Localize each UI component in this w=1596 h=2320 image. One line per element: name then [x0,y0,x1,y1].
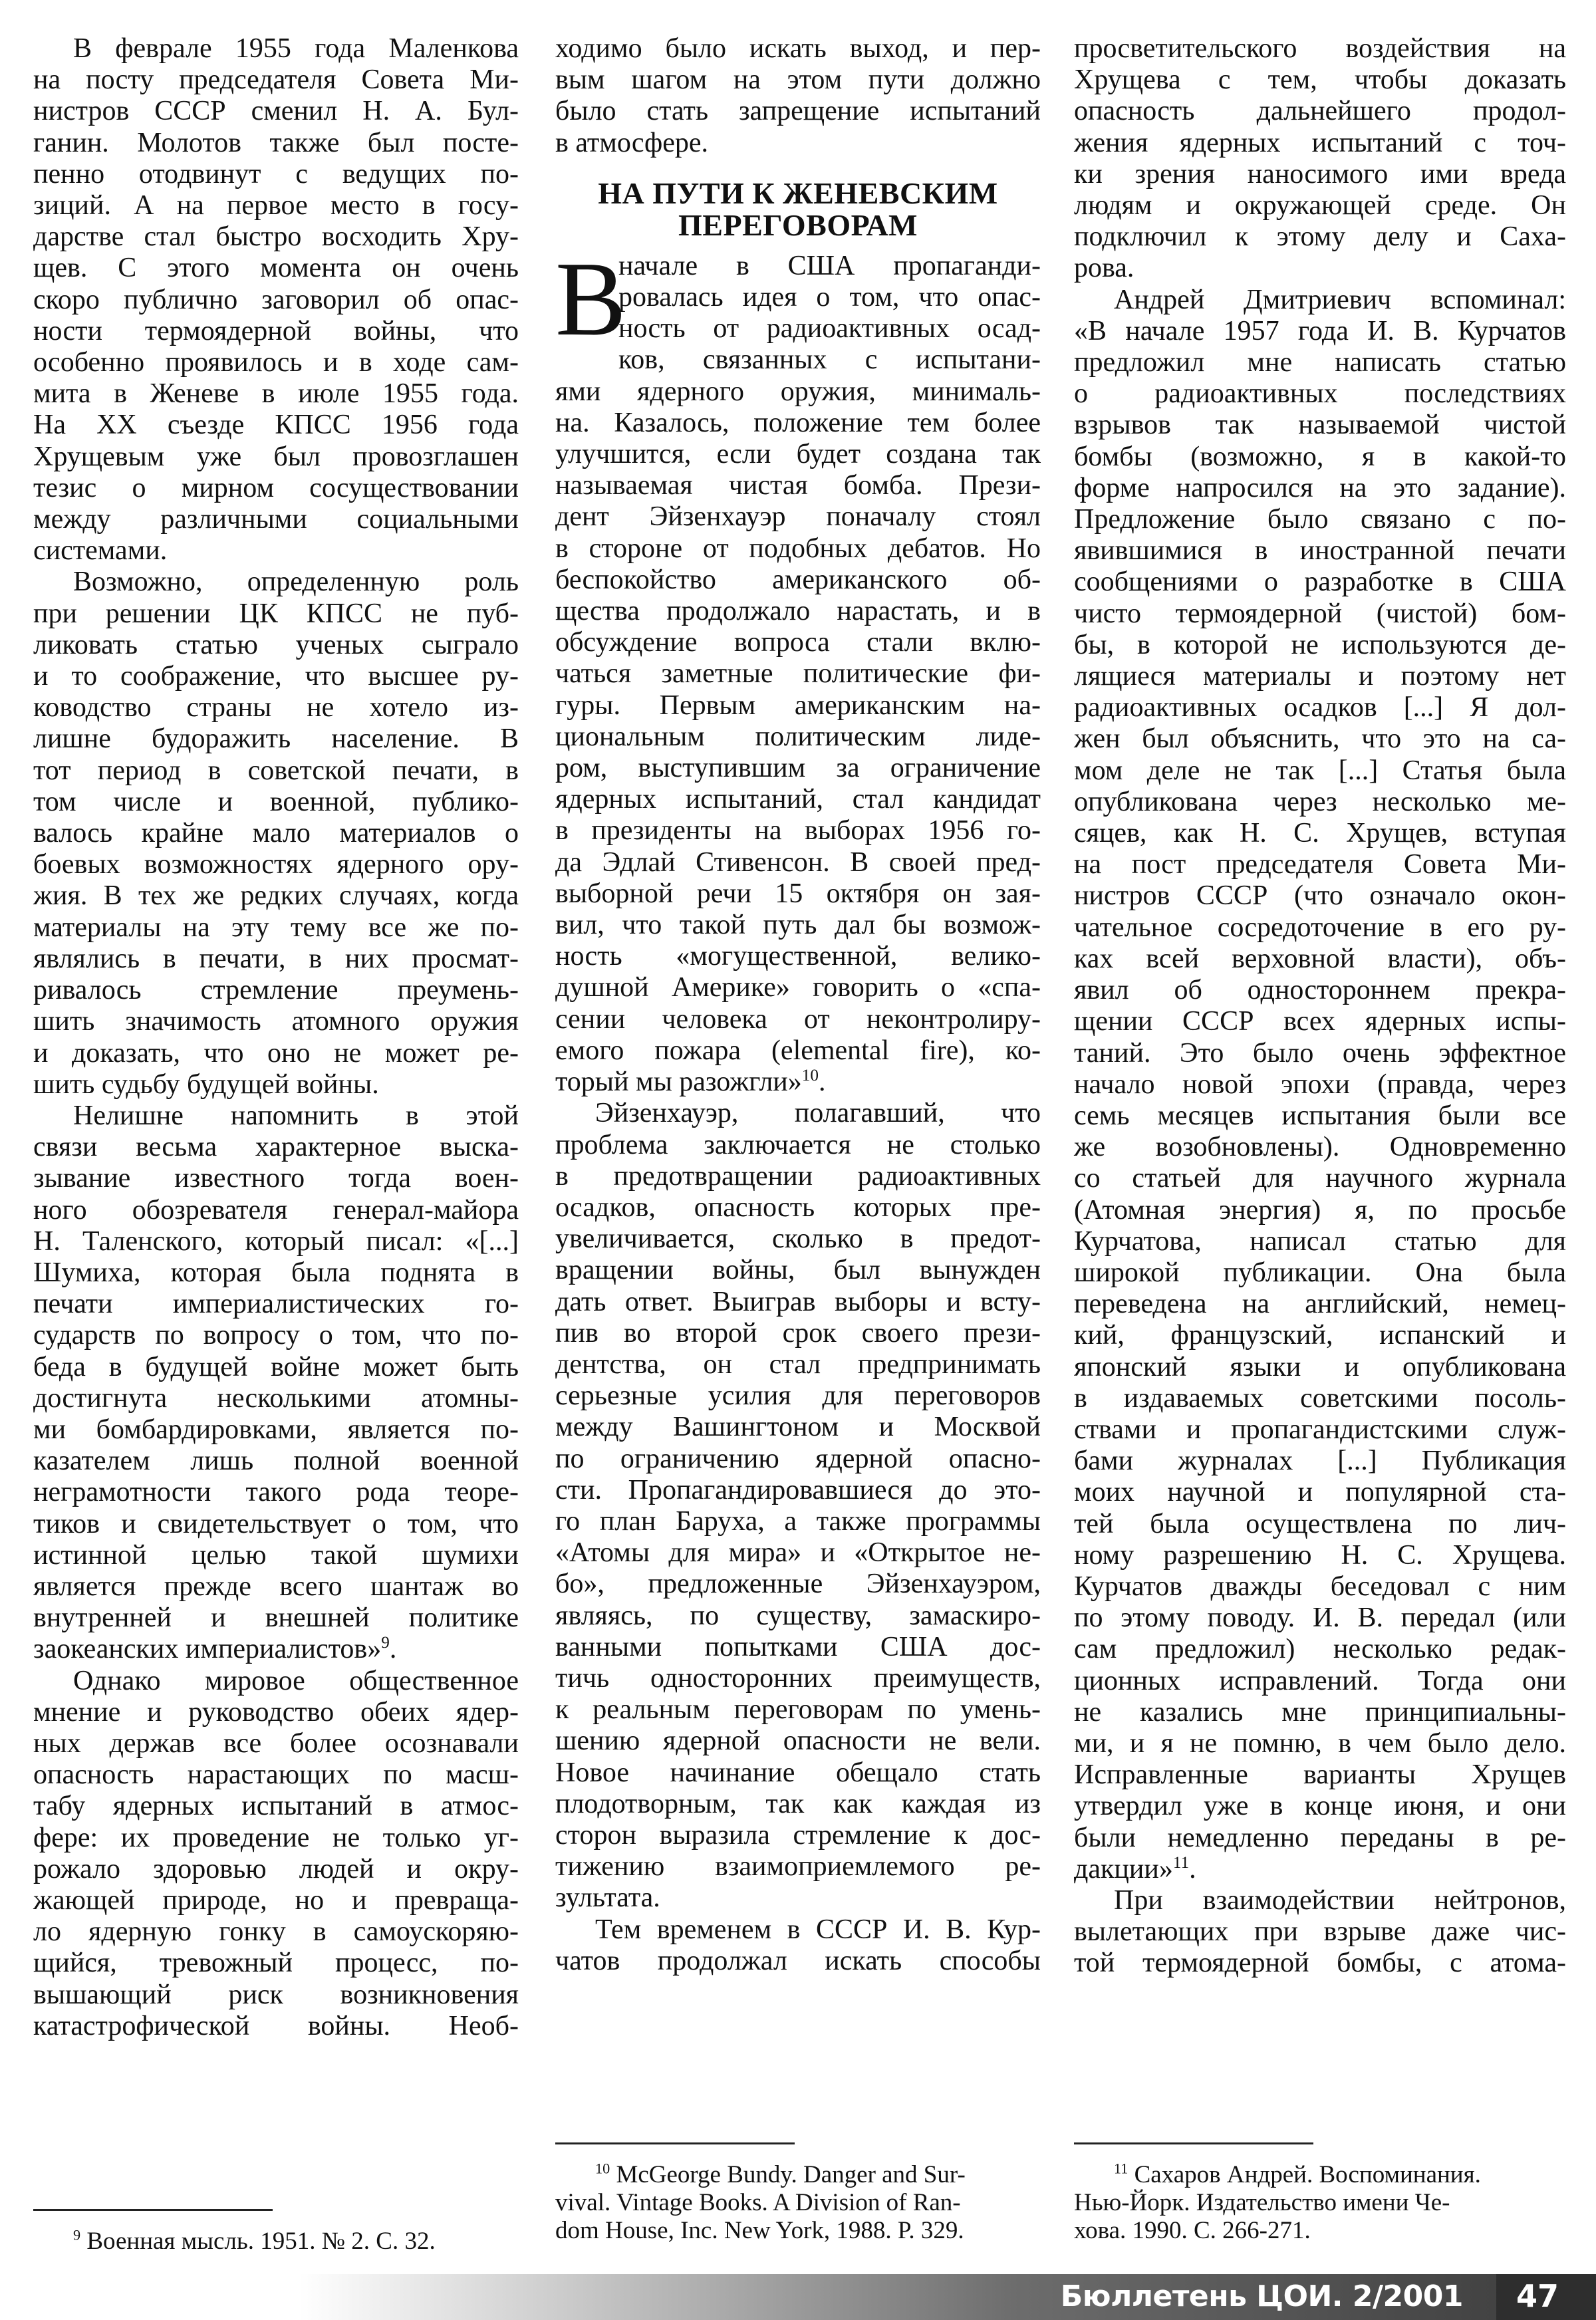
text-line: да Эдлай Стивенсон. В своей пред- [555,847,1041,878]
footnote-text: Нью-Йорк. Издательство имени Че- [1074,2189,1450,2216]
text-line-content: ствами и пропагандистскими служ- [1074,1414,1566,1445]
text-line-content: сяцев, как Н. С. Хрущев, вступая [1074,818,1566,848]
text-line-content: же возобновлены). Одновременно [1074,1132,1566,1162]
text-line: сяцев, как Н. С. Хрущев, вступая [1074,818,1566,849]
text-line: валось крайне мало материалов о [33,818,519,849]
text-line: тей была осуществлена по лич- [1074,1509,1566,1540]
footnote-reference: 11 [1173,1854,1189,1872]
text-line: ром, выступившим за ограничение [555,753,1041,784]
text-line: было стать запрещение испытаний [555,96,1041,127]
text-line-content: зывание известного тогда воен- [33,1163,519,1194]
text-line-content: широкой публикации. Она была [1074,1257,1566,1288]
footnote-line: 10 McGeorge Bundy. Danger and Sur- [555,2161,1041,2189]
text-line: ность «могущественной, велико- [555,941,1041,972]
text-line-content: являлись в печати, в них просмат- [33,944,519,974]
text-line: Тем временем в СССР И. В. Кур- [555,1914,1041,1946]
text-line: опасность нарастающих по масш- [33,1759,519,1791]
text-line-content: сти. Пропагандировавшиеся до это- [555,1475,1041,1505]
text-line: щества продолжало нарастать, и в [555,596,1041,627]
text-line-content: и то соображение, что высшее ру- [33,661,519,692]
footnote-number: 10 [595,2160,610,2177]
text-line: чаться заметные политические фи- [555,658,1041,690]
footnote-text: Сахаров Андрей. Воспоминания. [1134,2161,1481,2188]
text-line: ми бомбардировками, является по- [33,1414,519,1446]
text-line-content: бо», предложенные Эйзенхауэром, [555,1569,1041,1599]
text-line-content: материалы на эту тему все же по- [33,912,519,943]
text-line: просветительского воздействия на [1074,33,1566,64]
text-line-content: неграмотности такого рода теоре- [33,1477,519,1507]
text-line: к реальным переговорам по умень- [555,1694,1041,1726]
text-line: нистров СССР (что означало окон- [1074,880,1566,912]
text-line: японский языки и опубликована [1074,1352,1566,1383]
text-line: в стороне от подобных дебатов. Но [555,533,1041,565]
text-line: бами журналах [...] Публикация [1074,1446,1566,1477]
text-line: явил об одностороннем прекра- [1074,975,1566,1006]
text-line: тот период в советской печати, в [33,755,519,787]
text-line: по этому поводу. И. В. передал (или [1074,1603,1566,1634]
text-line: дентства, он стал предпринимать [555,1349,1041,1380]
text-line-content: тей была осуществлена по лич- [1074,1509,1566,1539]
text-line: щев. С этого момента он очень [33,253,519,284]
text-line-content: дарстве стал быстро восходить Хру- [33,221,519,252]
text-line: лишне будоражить население. В [33,723,519,755]
text-line-content: серьезные усилия для переговоров [555,1380,1041,1411]
text-line-content: На XX съезде КПСС 1956 года [33,410,519,440]
text-line-content: связи весьма характерное выска- [33,1132,519,1162]
text-line-content: подключил к этому делу и Саха- [1074,221,1566,252]
text-line-content: опасность дальнейшего продол- [1074,96,1566,126]
text-column-3: просветительского воздействия наХрущева … [1074,33,1566,1980]
text-line-content: катастрофической войны. Необ- [33,2011,519,2041]
text-line-content: при решении ЦК КПСС не пуб- [33,598,519,629]
text-line: жен был объяснить, что это на са- [1074,723,1566,755]
text-line-content: вращении войны, был вынужден [555,1255,1041,1285]
text-line-content: той термоядерной бомбы, с атома- [1074,1948,1566,1978]
text-line: мнение и руководство обеих ядер- [33,1697,519,1728]
text-line-content: мита в Женеве в июле 1955 года. [33,378,519,409]
footnote-line: vival. Vintage Books. A Division of Ran- [555,2189,1041,2217]
text-line-content: заокеанских империалистов» [33,1634,381,1664]
text-line-content: проблема заключается не столько [555,1130,1041,1160]
text-line-content: и доказать, что оно не может ре- [33,1038,519,1069]
text-line-content: мом деле не так [...] Статья была [1074,755,1566,786]
text-line: При взаимодействии нейтронов, [1074,1885,1566,1916]
text-line-content: скоро публично заговорил об опас- [33,285,519,315]
text-line: достигнута несколькими атомны- [33,1383,519,1414]
section-heading-line-1: НА ПУТИ К ЖЕНЕВСКИМ [555,178,1041,209]
text-line-content: торый мы разожгли» [555,1067,802,1097]
text-line-content: ядерных испытаний, стал кандидат [555,784,1041,815]
text-line: ки зрения наносимого ими вреда [1074,159,1566,190]
text-line-content: достигнута несколькими атомны- [33,1383,519,1414]
text-line-content: вылетающих при взрыве даже чис- [1074,1916,1566,1947]
text-line: моих научной и популярной ста- [1074,1477,1566,1508]
text-line: при решении ЦК КПСС не пуб- [33,598,519,630]
text-line: кий, французский, испанский и [1074,1320,1566,1351]
text-line: торый мы разожгли»10. [555,1067,1041,1098]
text-line-content: людям и окружающей среде. Он [1074,190,1566,221]
text-line: на. Казалось, положение тем более [555,408,1041,439]
footnote-divider-1 [33,2209,273,2211]
text-line: лящиеся материалы и поэтому нет [1074,661,1566,692]
text-line-content: В феврале 1955 года Маленкова [73,33,519,64]
footnote-line: Нью-Йорк. Издательство имени Че- [1074,2189,1559,2217]
text-line: жия. В тех же редких случаях, когда [33,880,519,912]
text-line: связи весьма характерное выска- [33,1132,519,1163]
text-line-content: вил, что такой путь дал бы возмож- [555,910,1041,940]
text-line-content: рожало здоровью людей и окру- [33,1854,519,1884]
text-line-content: предложил мне написать статью [1074,347,1566,378]
text-line: ных держав все более осознавали [33,1728,519,1759]
text-line: шить значимость атомного оружия [33,1006,519,1037]
footnote-11: 11 Сахаров Андрей. Воспоминания.Нью-Йорк… [1074,2161,1559,2245]
text-line-content: форме напросился на это задание). [1074,473,1566,503]
footnote-text: Военная мысль. 1951. № 2. С. 32. [86,2228,435,2255]
text-line-content: японский языки и опубликована [1074,1352,1566,1382]
text-line-content: «В начале 1957 года И. В. Курчатов [1074,316,1566,346]
text-line: в президенты на выборах 1956 го- [555,815,1041,846]
text-line-content: Предложение было связано с по- [1074,504,1566,535]
text-line-tail: . [819,1067,826,1097]
text-line: плодотворным, так как каждая из [555,1789,1041,1820]
text-line-content: Шумиха, которая была поднята в [33,1257,519,1288]
text-line: дент Эйзенхауэр поначалу стоял [555,501,1041,533]
text-line: форме напросился на это задание). [1074,473,1566,504]
text-line: Возможно, определенную роль [33,567,519,598]
text-line: пив во второй срок своего прези- [555,1318,1041,1349]
text-line-content: пенно отодвинут с ведущих по- [33,159,519,190]
text-line-content: начале в США пропаганди- [618,251,1041,281]
text-line: ках всей верховной власти), объ- [1074,944,1566,975]
text-line-content: Исправленные варианты Хрущев [1074,1759,1566,1790]
text-line: истинной целью такой шумихи [33,1540,519,1571]
text-line: начало новой эпохи (правда, через [1074,1069,1566,1100]
text-line: ность от радиоактивных осад- [555,313,1041,344]
text-line-content: являясь, по существу, замаскиро- [555,1601,1041,1631]
text-line-content: сообщениями о разработке в США [1074,567,1566,597]
text-line: же возобновлены). Одновременно [1074,1132,1566,1163]
text-line-content: дент Эйзенхауэр поначалу стоял [555,501,1041,532]
text-line-content: да Эдлай Стивенсон. В своей пред- [555,847,1041,878]
text-line-content: ному разрешению Н. С. Хрущева. [1074,1540,1566,1571]
text-line-content: по ограничению ядерной опасно- [555,1444,1041,1474]
footnote-line: 11 Сахаров Андрей. Воспоминания. [1074,2161,1559,2189]
text-line: и доказать, что оно не может ре- [33,1038,519,1069]
text-line: той термоядерной бомбы, с атома- [1074,1948,1566,1979]
text-line-content: называемая чистая бомба. Прези- [555,470,1041,501]
text-line-content: емого пожара (elemental fire), ко- [555,1035,1041,1066]
text-line: боевых возможностях ядерного ору- [33,849,519,880]
text-line-content: ганин. Молотов также был посте- [33,128,519,158]
text-line: являясь, по существу, замаскиро- [555,1601,1041,1632]
footnote-text: хова. 1990. С. 266-271. [1074,2217,1311,2244]
text-line: жения ядерных испытаний с точ- [1074,128,1566,159]
text-line: фере: их проведение не только уг- [33,1823,519,1854]
column-2-intro: ходимо было искать выход, и пер-вым шаго… [555,33,1041,159]
text-line-content: тиков и свидетельствует о том, что [33,1509,519,1539]
text-line: шению ядерной опасности не вели. [555,1726,1041,1757]
footnote-number: 11 [1114,2160,1128,2177]
footnote-line: хова. 1990. С. 266-271. [1074,2217,1559,2245]
text-line-content: Однако мировое общественное [73,1666,519,1696]
text-line-content: улучшится, если будет создана так [555,439,1041,469]
text-line-content: дакции» [1074,1854,1173,1884]
page-number: 47 [1496,2274,1596,2320]
text-line: подключил к этому делу и Саха- [1074,221,1566,253]
text-line-content: Тем временем в СССР И. В. Кур- [595,1914,1041,1945]
text-line-content: жия. В тех же редких случаях, когда [33,880,519,911]
text-line: Исправленные варианты Хрущев [1074,1759,1566,1791]
text-line: вил, что такой путь дал бы возмож- [555,910,1041,941]
text-line: Курчатова, написал статью для [1074,1226,1566,1257]
text-column-1: В феврале 1955 года Маленкована посту пр… [33,33,519,2042]
text-line: бомбы (возможно, я в какой-то [1074,442,1566,473]
text-line-content: зультата. [555,1882,660,1913]
text-line-content: жения ядерных испытаний с точ- [1074,128,1566,158]
text-line: вращении войны, был вынужден [555,1255,1041,1286]
text-line: том числе и военной, публико- [33,787,519,818]
text-line: скоро публично заговорил об опас- [33,285,519,316]
text-line-content: мнение и руководство обеих ядер- [33,1697,519,1728]
text-line: в предотвращении радиоактивных [555,1161,1041,1192]
text-line: беспокойство американского об- [555,565,1041,596]
text-line: казателем лишь полной военной [33,1446,519,1477]
text-line: щении СССР всех ядерных испы- [1074,1006,1566,1037]
text-line: выборной речи 15 октября он зая- [555,878,1041,910]
text-line-tail: . [1189,1854,1196,1884]
text-line: сударств по вопросу о том, что по- [33,1320,519,1351]
text-line-content: вышающий риск возникновения [33,1980,519,2010]
text-line-content: начало новой эпохи (правда, через [1074,1069,1566,1100]
text-line: тижению взаимоприемлемого ре- [555,1851,1041,1882]
text-line: гуры. Первым американским на- [555,690,1041,721]
text-line-content: казателем лишь полной военной [33,1446,519,1476]
text-line: явившимися в иностранной печати [1074,535,1566,567]
text-line: ходимо было искать выход, и пер- [555,33,1041,64]
text-line: ровалась идея о том, что опас- [555,282,1041,313]
text-line: Андрей Дмитриевич вспоминал: [1074,285,1566,316]
text-line-content: (Атомная энергия) я, по просьбе [1074,1195,1566,1225]
text-line-content: нистров СССР сменил Н. А. Бул- [33,96,519,126]
text-line-content: нистров СССР (что означало окон- [1074,880,1566,911]
text-line-content: моих научной и популярной ста- [1074,1477,1566,1507]
text-line: Шумиха, которая была поднята в [33,1257,519,1289]
text-line: осадков, опасность которых пре- [555,1192,1041,1224]
text-line-content: семь месяцев испытания были все [1074,1100,1566,1131]
text-line-content: ков, связанных с испытани- [618,344,1041,375]
text-line-content: боевых возможностях ядерного ору- [33,849,519,880]
text-line: ководство страны не хотело из- [33,692,519,723]
text-line: катастрофической войны. Необ- [33,2011,519,2042]
text-line-content: щев. С этого момента он очень [33,253,519,283]
text-line: со статьей для научного журнала [1074,1163,1566,1194]
text-line: В феврале 1955 года Маленкова [33,33,519,64]
text-line-content: ки зрения наносимого ими вреда [1074,159,1566,190]
text-line: таний. Это было очень эффектное [1074,1038,1566,1069]
text-line-content: плодотворным, так как каждая из [555,1789,1041,1819]
text-line-content: со статьей для научного журнала [1074,1163,1566,1194]
text-line: переведена на английский, немец- [1074,1289,1566,1320]
text-line-content: При взаимодействии нейтронов, [1114,1885,1566,1916]
text-line-content: сам предложил) несколько редак- [1074,1634,1566,1664]
text-line-content: щении СССР всех ядерных испы- [1074,1006,1566,1037]
text-line-content: между Вашингтоном и Москвой [555,1412,1041,1442]
text-line-content: явившимися в иностранной печати [1074,535,1566,566]
text-line: ядерных испытаний, стал кандидат [555,784,1041,815]
text-line: Эйзенхауэр, полагавший, что [555,1098,1041,1129]
text-line: рожало здоровью людей и окру- [33,1854,519,1885]
text-line: пенно отодвинут с ведущих по- [33,159,519,190]
text-line: Однако мировое общественное [33,1666,519,1697]
text-line-content: ходимо было искать выход, и пер- [555,33,1041,64]
text-line: табу ядерных испытаний в атмос- [33,1791,519,1822]
text-column-2: ходимо было искать выход, и пер-вым шаго… [555,33,1041,1977]
text-line-content: ло ядерную гонку в самоускоряю- [33,1916,519,1947]
text-line: (Атомная энергия) я, по просьбе [1074,1195,1566,1226]
text-line-content: душной Америке» говорить о «спа- [555,972,1041,1003]
text-line-content: Хрущева с тем, чтобы доказать [1074,64,1566,95]
text-line-content: чательное сосредоточение в его ру- [1074,912,1566,943]
text-line: зультата. [555,1882,1041,1914]
text-line-content: осадков, опасность которых пре- [555,1192,1041,1223]
text-line: между различными социальными [33,504,519,535]
text-line-content: ного обозревателя генерал-майора [33,1195,519,1225]
section-heading-line-2: ПЕРЕГОВОРАМ [555,209,1041,241]
text-line: ривалось стремление преумень- [33,975,519,1006]
text-line-content: в атмосфере. [555,128,708,158]
text-line: дарстве стал быстро восходить Хру- [33,221,519,253]
text-line-content: Н. Таленского, который писал: «[...] [33,1226,519,1257]
text-line-content: явил об одностороннем прекра- [1074,975,1566,1005]
text-line-content: Курчатова, написал статью для [1074,1226,1566,1257]
text-line-content: дентства, он стал предпринимать [555,1349,1041,1380]
text-line-content: опубликована через несколько ме- [1074,787,1566,817]
text-line-content: беда в будущей войне может быть [33,1352,519,1382]
text-line: семь месяцев испытания были все [1074,1100,1566,1132]
text-line-content: по этому поводу. И. В. передал (или [1074,1603,1566,1633]
text-line-content: не казались мне принципиальны- [1074,1697,1566,1728]
text-line-content: радиоактивных осадков [...] Я дол- [1074,692,1566,723]
text-line-content: щийся, тревожный процесс, по- [33,1948,519,1978]
text-line: «В начале 1957 года И. В. Курчатов [1074,316,1566,347]
text-line-content: ководство страны не хотело из- [33,692,519,723]
text-line-content: о радиоактивных последствиях [1074,378,1566,409]
text-line-content: выборной речи 15 октября он зая- [555,878,1041,909]
footnote-9: 9 Военная мысль. 1951. № 2. С. 32. [33,2228,519,2256]
text-line-content: валось крайне мало материалов о [33,818,519,848]
text-line-content: шению ядерной опасности не вели. [555,1726,1041,1756]
text-line: особенно проявилось и в ходе сам- [33,347,519,378]
text-line-content: утвердил уже в конце июня, и они [1074,1791,1566,1821]
journal-page: В феврале 1955 года Маленкована посту пр… [0,0,1596,2320]
text-line: начале в США пропаганди- [555,251,1041,282]
text-line: зывание известного тогда воен- [33,1163,519,1194]
text-line: в атмосфере. [555,128,1041,159]
text-line-content: шить значимость атомного оружия [33,1006,519,1037]
text-line: и то соображение, что высшее ру- [33,661,519,692]
text-line-content: Эйзенхауэр, полагавший, что [595,1098,1041,1128]
text-line: ствами и пропагандистскими служ- [1074,1414,1566,1446]
footnote-divider-3 [1074,2142,1313,2144]
text-line: дакции»11. [1074,1854,1566,1885]
text-line-content: ликовать статью ученых сыграло [33,630,519,660]
text-line-content: взрывов так называемой чистой [1074,410,1566,440]
text-line: вылетающих при взрыве даже чис- [1074,1916,1566,1948]
text-line-content: циональным политическим лиде- [555,721,1041,752]
text-line: утвердил уже в конце июня, и они [1074,1791,1566,1822]
text-line-content: чаться заметные политические фи- [555,658,1041,689]
footnote-text: dom House, Inc. New York, 1988. P. 329. [555,2217,964,2244]
text-line-content: пив во второй срок своего прези- [555,1318,1041,1349]
footnote-divider-2 [555,2142,795,2144]
text-line-content: истинной целью такой шумихи [33,1540,519,1571]
text-line: взрывов так называемой чистой [1074,410,1566,441]
text-line: душной Америке» говорить о «спа- [555,972,1041,1003]
text-line-content: Новое начинание обещало стать [555,1757,1041,1788]
text-line-content: бы, в которой не используются де- [1074,630,1566,660]
text-line: тиков и свидетельствует о том, что [33,1509,519,1540]
drop-cap-letter: В [555,252,626,345]
text-line-content: тезис о мирном сосуществовании [33,473,519,503]
text-line-content: внутренней и внешней политике [33,1603,519,1633]
text-line-content: ми, и я не помню, в чем было дело. [1074,1728,1566,1759]
text-line: радиоактивных осадков [...] Я дол- [1074,692,1566,723]
text-line-content: ность «могущественной, велико- [555,941,1041,971]
text-line-content: переведена на английский, немец- [1074,1289,1566,1319]
text-line: тичь односторонних преимуществ, [555,1663,1041,1694]
text-line: беда в будущей войне может быть [33,1352,519,1383]
text-line: увеличивается, сколько в предот- [555,1224,1041,1255]
footnote-text: vival. Vintage Books. A Division of Ran- [555,2189,961,2216]
footnote-reference: 9 [381,1634,390,1652]
text-line: ми, и я не помню, в чем было дело. [1074,1728,1566,1759]
text-line: сообщениями о разработке в США [1074,567,1566,598]
text-line: ному разрешению Н. С. Хрущева. [1074,1540,1566,1571]
text-line: зиций. А на первое место в госу- [33,190,519,221]
text-line-content: вым шагом на этом пути должно [555,64,1041,95]
text-line: системами. [33,535,519,567]
footnote-number: 9 [73,2227,80,2244]
text-line-content: печати империалистических го- [33,1289,519,1319]
text-line: мита в Женеве в июле 1955 года. [33,378,519,410]
text-line: материалы на эту тему все же по- [33,912,519,944]
text-line-content: были немедленно переданы в ре- [1074,1823,1566,1853]
text-line-content: является прежде всего шантаж во [33,1571,519,1602]
text-line-content: ривалось стремление преумень- [33,975,519,1005]
text-line-content: лишне будоражить население. В [33,723,519,754]
text-line: печати империалистических го- [33,1289,519,1320]
text-line: нистров СССР сменил Н. А. Бул- [33,96,519,127]
text-line-content: кий, французский, испанский и [1074,1320,1566,1351]
text-line: между Вашингтоном и Москвой [555,1412,1041,1443]
text-line-content: ванными попытками США дос- [555,1632,1041,1662]
text-line: широкой публикации. Она была [1074,1257,1566,1289]
text-line: мом деле не так [...] Статья была [1074,755,1566,787]
text-line: внутренней и внешней политике [33,1603,519,1634]
text-line-content: зиций. А на первое место в госу- [33,190,519,221]
text-line-content: обсуждение вопроса стали вклю- [555,627,1041,658]
text-line-content: ровалась идея о том, что опас- [618,282,1041,313]
text-line: чатов продолжал искать способы [555,1946,1041,1977]
text-line-content: особенно проявилось и в ходе сам- [33,347,519,378]
text-line: дать ответ. Выиграв выборы и всту- [555,1287,1041,1318]
text-line: заокеанских империалистов»9. [33,1634,519,1665]
text-line: ков, связанных с испытани- [555,344,1041,376]
text-line-content: на посту председателя Совета Ми- [33,64,519,95]
text-line-content: щества продолжало нарастать, и в [555,596,1041,626]
text-line-content: рова. [1074,253,1134,283]
text-line-content: просветительского воздействия на [1074,33,1566,64]
